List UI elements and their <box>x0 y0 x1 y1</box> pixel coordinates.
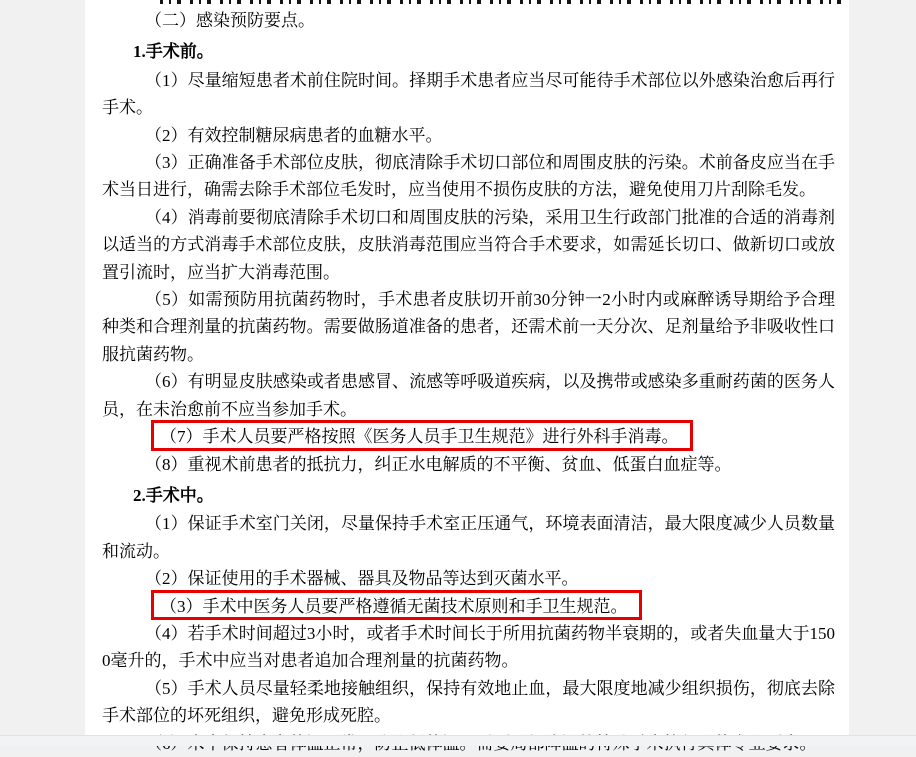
paragraph-pre-1: （1）尽量缩短患者术前住院时间。择期手术患者应当尽可能待手术部位以外感染治愈后再… <box>102 67 835 122</box>
clipped-text-marks <box>160 0 848 4</box>
paragraph-pre-6: （6）有明显皮肤感染或者患感冒、流感等呼吸道疾病，以及携带或感染多重耐药菌的医务… <box>102 368 835 423</box>
paragraph-mid-5: （5）手术人员尽量轻柔地接触组织，保持有效地止血，最大限度地减少组织损伤，彻底去… <box>102 675 835 730</box>
paragraph-mid-2: （2）保证使用的手术器械、器具及物品等达到灭菌水平。 <box>102 565 835 592</box>
paragraph-mid-4: （4）若手术时间超过3小时，或者手术时间长于所用抗菌药物半衰期的，或者失血量大于… <box>102 620 835 675</box>
paragraph-pre-5: （5）如需预防用抗菌药物时，手术患者皮肤切开前30分钟一2小时内或麻醉诱导期给予… <box>102 286 835 368</box>
heading-during-surgery: 2.手术中。 <box>102 482 835 509</box>
document-page: （二）感染预防要点。 1.手术前。 （1）尽量缩短患者术前住院时间。择期手术患者… <box>85 0 849 746</box>
paragraph-pre-8: （8）重视术前患者的抵抗力，纠正水电解质的不平衡、贫血、低蛋白血症等。 <box>102 451 835 478</box>
paragraph-pre-7-text: （7）手术人员要严格按照《医务人员手卫生规范》进行外科手消毒。 <box>160 427 679 446</box>
window-bottom-bar <box>0 735 916 746</box>
document-content: （二）感染预防要点。 1.手术前。 （1）尽量缩短患者术前住院时间。择期手术患者… <box>85 0 849 746</box>
paragraph-pre-7-highlighted: （7）手术人员要严格按照《医务人员手卫生规范》进行外科手消毒。 <box>160 423 835 450</box>
paragraph-mid-1: （1）保证手术室门关闭，尽量保持手术室正压通气，环境表面清洁，最大限度减少人员数… <box>102 510 835 565</box>
paragraph-pre-3: （3）正确准备手术部位皮肤，彻底清除手术切口部位和周围皮肤的污染。术前备皮应当在… <box>102 149 835 204</box>
paragraph-mid-3-text: （3）手术中医务人员要严格遵循无菌技术原则和手卫生规范。 <box>160 597 628 616</box>
red-annotation-box-2: （3）手术中医务人员要严格遵循无菌技术原则和手卫生规范。 <box>160 593 628 620</box>
paragraph-mid-3-highlighted: （3）手术中医务人员要严格遵循无菌技术原则和手卫生规范。 <box>160 593 835 620</box>
paragraph-pre-4: （4）消毒前要彻底清除手术切口和周围皮肤的污染，采用卫生行政部门批准的合适的消毒… <box>102 204 835 286</box>
section-title: （二）感染预防要点。 <box>102 7 835 34</box>
paragraph-pre-2: （2）有效控制糖尿病患者的血糖水平。 <box>102 122 835 149</box>
clipped-text-line <box>102 0 835 7</box>
red-annotation-box-1: （7）手术人员要严格按照《医务人员手卫生规范》进行外科手消毒。 <box>160 423 679 450</box>
heading-before-surgery: 1.手术前。 <box>102 38 835 65</box>
